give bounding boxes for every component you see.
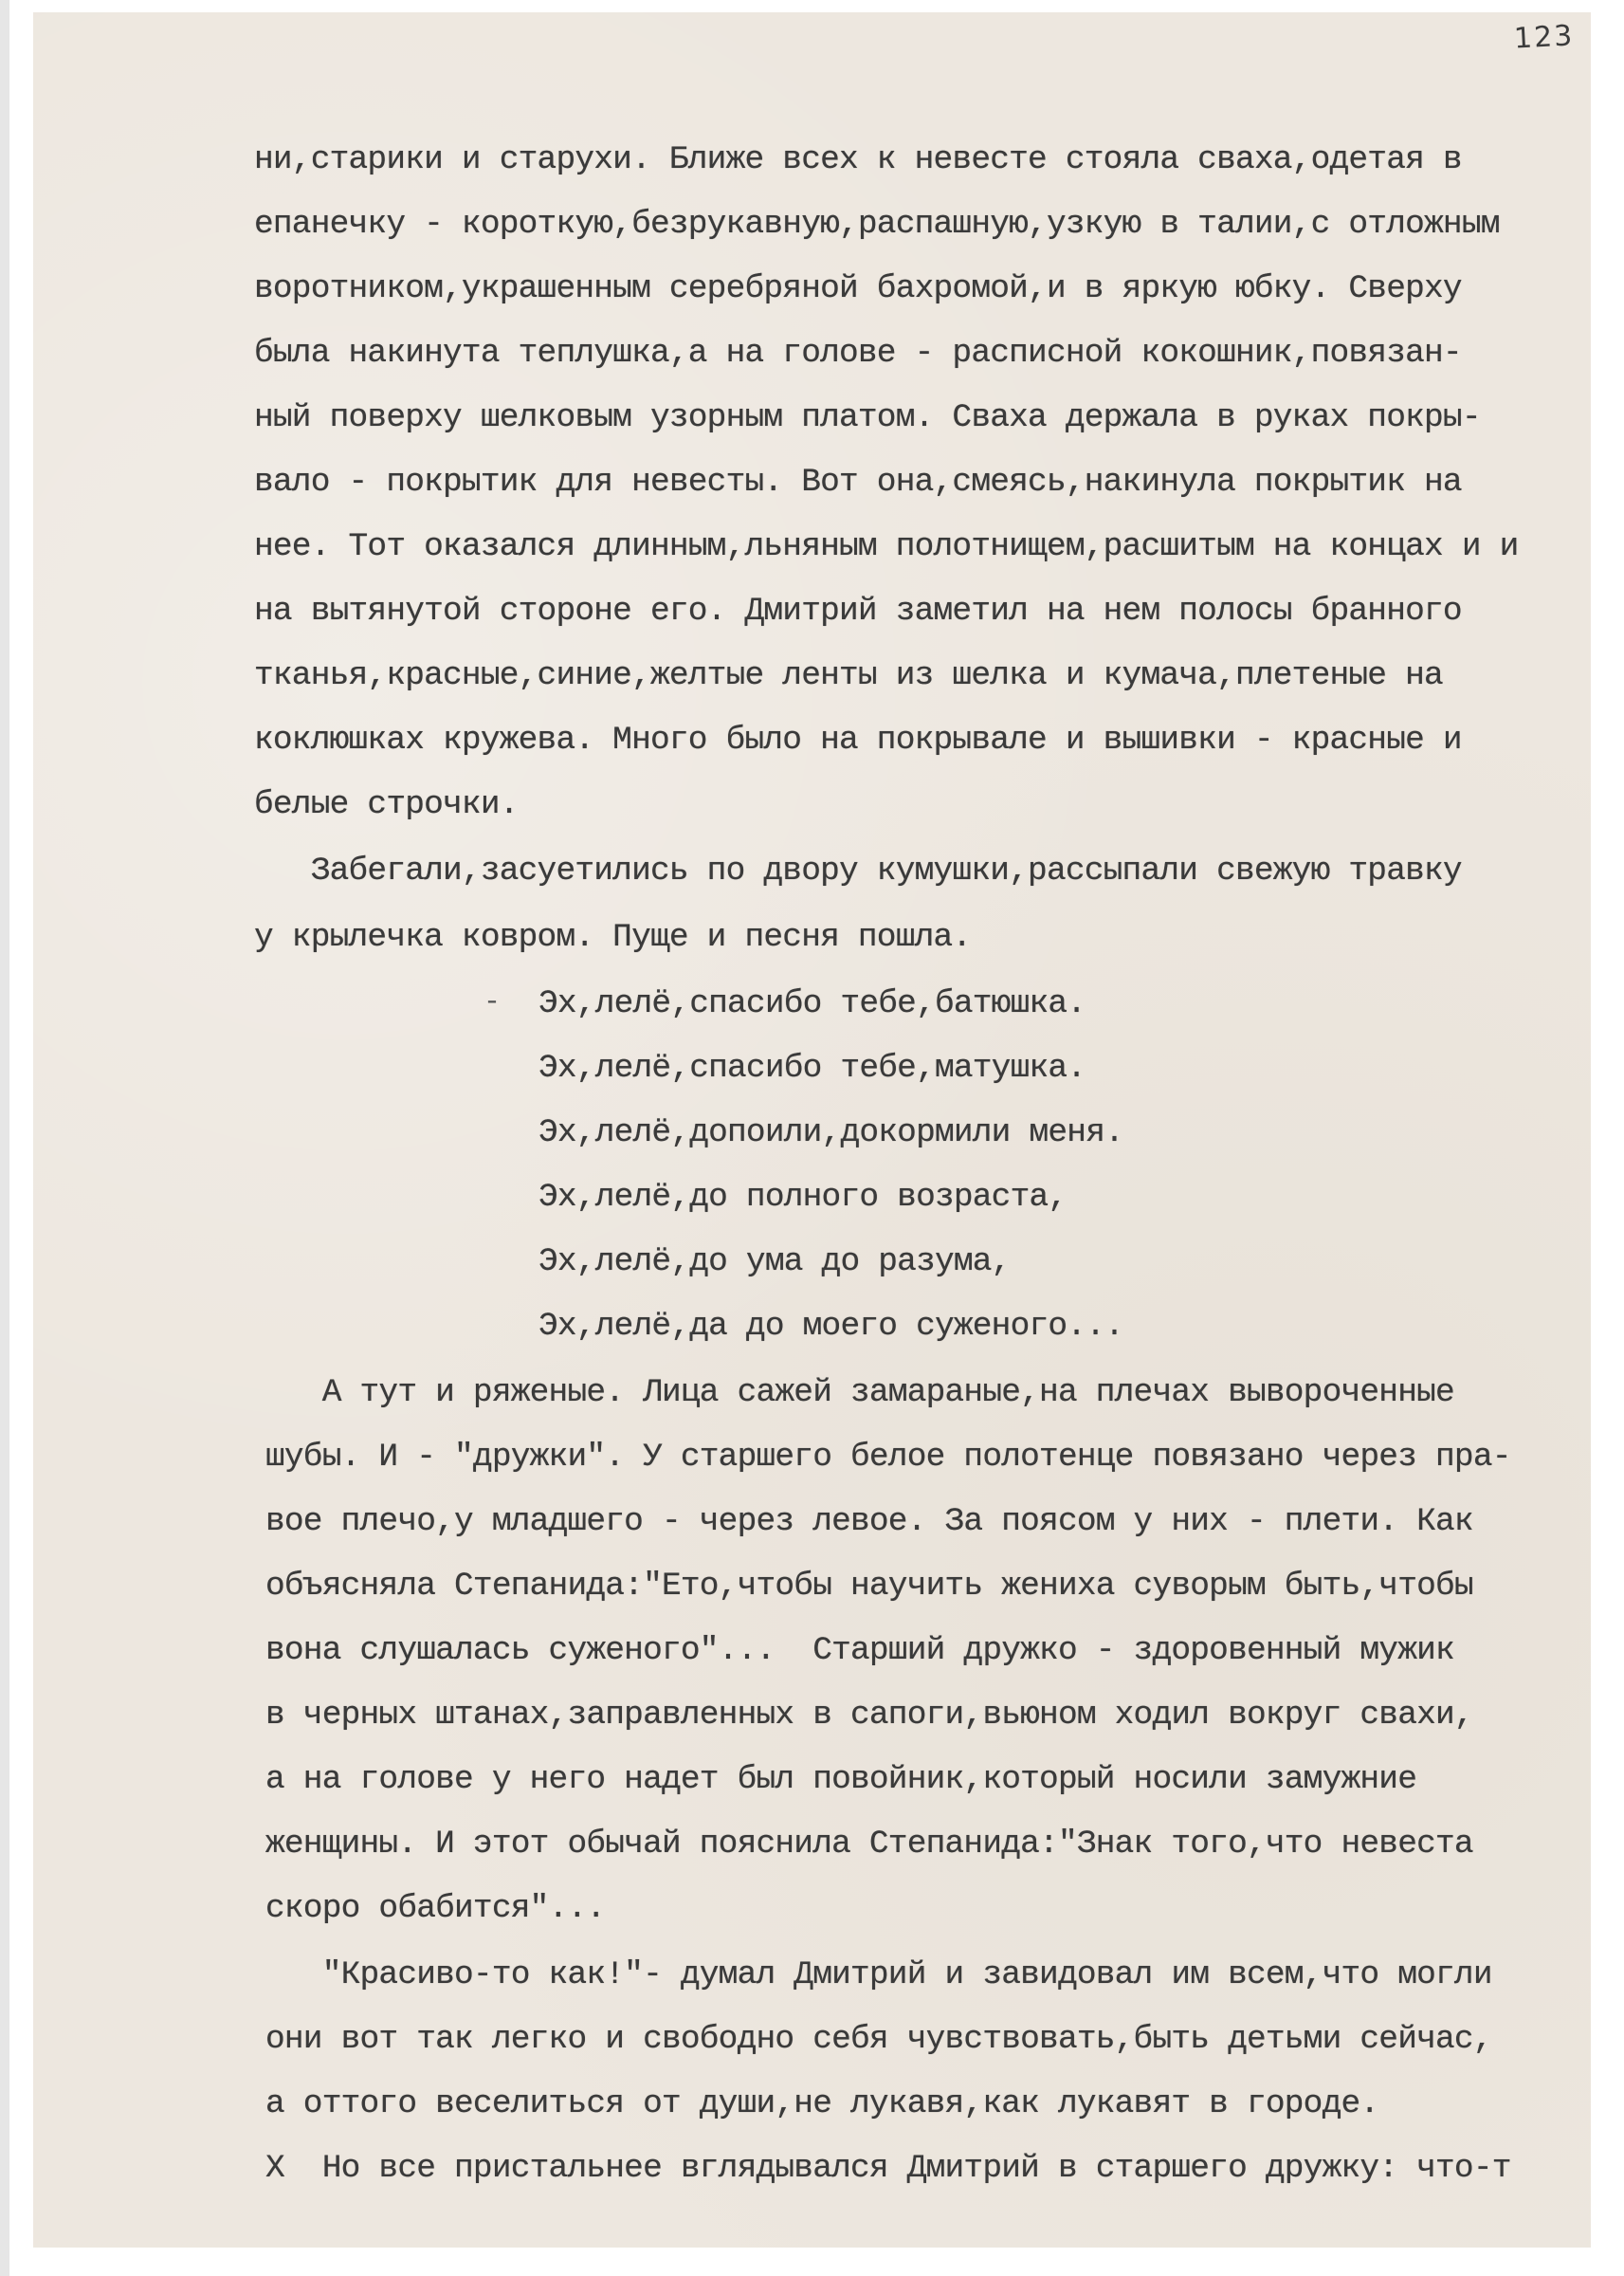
text-line: а на голове у него надет был повойник,ко…	[265, 1764, 1416, 1797]
text-line: на вытянутой стороне его. Дмитрий замети…	[254, 596, 1462, 629]
text-line: ни,старики и старухи. Ближе всех к невес…	[254, 144, 1462, 177]
text-line: шубы. И - "дружки". У старшего белое пол…	[265, 1441, 1511, 1475]
text-line: вое плечо,у младшего - через левое. За п…	[265, 1506, 1473, 1539]
text-line: скоро обабится"...	[265, 1893, 605, 1926]
text-line: А тут и ряженые. Лица сажей замараные,на…	[265, 1377, 1454, 1410]
song-dash-mark: -	[484, 986, 501, 1019]
text-line: Х Но все пристальнее вглядывался Дмитрий…	[265, 2153, 1511, 2186]
text-line: белые строчки.	[254, 789, 519, 822]
text-line: воротником,украшенным серебряной бахромо…	[254, 273, 1462, 306]
text-line: Забегали,засуетились по двору кумушки,ра…	[254, 855, 1462, 889]
text-line: ный поверху шелковым узорным платом. Сва…	[254, 402, 1481, 435]
text-line: тканья,красные,синие,желтые ленты из шел…	[254, 660, 1443, 693]
song-line: Эх,лелё,до ума до разума,	[538, 1246, 1011, 1279]
text-line: нее. Тот оказался длинным,льняным полотн…	[254, 531, 1519, 564]
text-line: объясняла Степанида:"Ето,чтобы научить ж…	[265, 1570, 1473, 1604]
text-line: епанечку - короткую,безрукавную,распашну…	[254, 209, 1500, 242]
song-line: Эх,лелё,спасибо тебе,матушка.	[538, 1053, 1086, 1086]
text-line: а оттого веселиться от души,не лукавя,ка…	[265, 2088, 1378, 2121]
song-line: Эх,лелё,до полного возраста,	[538, 1182, 1067, 1215]
text-line: женщины. И этот обычай пояснила Степанид…	[265, 1828, 1473, 1862]
text-line: "Красиво-то как!"- думал Дмитрий и завид…	[265, 1959, 1492, 1992]
scan-border	[0, 0, 9, 2276]
text-line: в черных штанах,заправленных в сапоги,вь…	[265, 1699, 1473, 1733]
text-line: вона слушалась суженого"... Старший друж…	[265, 1635, 1454, 1668]
text-line: вало - покрытик для невесты. Вот она,сме…	[254, 467, 1462, 500]
text-line: у крылечка ковром. Пуще и песня пошла.	[254, 922, 971, 955]
song-line: Эх,лелё,спасибо тебе,батюшка.	[538, 988, 1086, 1021]
text-line: коклюшках кружева. Много было на покрыва…	[254, 725, 1462, 758]
page-number: 123	[1513, 19, 1575, 55]
text-line: была накинута теплушка,а на голове - рас…	[254, 338, 1462, 371]
song-line: Эх,лелё,да до моего суженого...	[538, 1311, 1123, 1344]
song-line: Эх,лелё,допоили,докормили меня.	[538, 1117, 1123, 1150]
text-line: они вот так легко и свободно себя чувств…	[265, 2024, 1492, 2057]
